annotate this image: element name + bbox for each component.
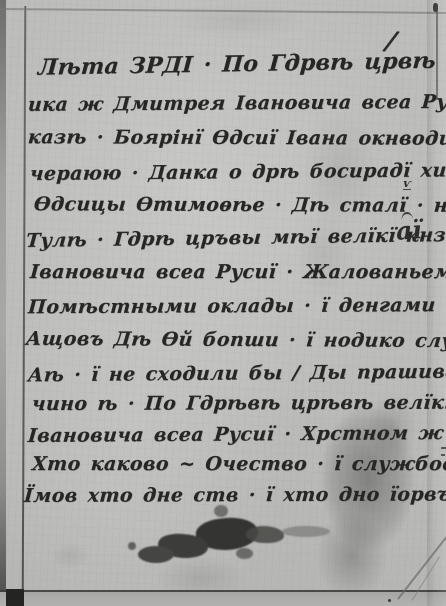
quire-mark: ѵ — [403, 178, 411, 190]
manuscript-line: казѣ · Боярінї Ѳдсиї Івана окнводичѣ — [27, 126, 446, 150]
handwritten-text-block: Лѣта ЗРДІ · По Гдрвѣ црвѣ ї Вел кнз ика … — [0, 0, 446, 606]
manuscript-line: Помѣстными оклады · ї денгами · Спи — [27, 294, 446, 319]
manuscript-line: чераюю · Данка о дрѣ босирадї хи исо — [29, 159, 446, 185]
manuscript-line: Ѳдсицы Ѳтимоѳѣе · Дѣ сталї · на — [33, 193, 446, 216]
manuscript-line: Ащовъ Дѣ Ѳй бопши · ї нодико служи — [25, 328, 446, 352]
manuscript-line: чино ѣ · По Гдрѣвѣ црѣвѣ велїкї кнзя Дми… — [31, 391, 446, 415]
folio-number: аї — [395, 215, 423, 246]
manuscript-line: Їмов хто дне ств · ї хто дно їорвъ слѣвъ — [23, 483, 446, 507]
manuscript-line: ика ж Дмитрея Івановича всеа Русиї · На — [27, 90, 446, 116]
manuscript-line: Івановича всеа Русиї · Жалованьемъ — [29, 261, 446, 283]
manuscript-line: Аѣ · ї не сходили бы / Ды прашивал · о д… — [27, 360, 446, 387]
manuscript-line: Хто каково ~ Очество · ї службовъ — [31, 453, 446, 475]
manuscript-photo: Лѣта ЗРДІ · По Гдрвѣ црвѣ ї Вел кнз ика … — [0, 0, 446, 606]
manuscript-line: Тулѣ · Гдрѣ цръвы мѣї велїкї кнзя Дмитре… — [25, 222, 446, 252]
manuscript-line: Івановича всеа Русиї · Хрстном ж дѣловаѣ… — [27, 421, 446, 447]
